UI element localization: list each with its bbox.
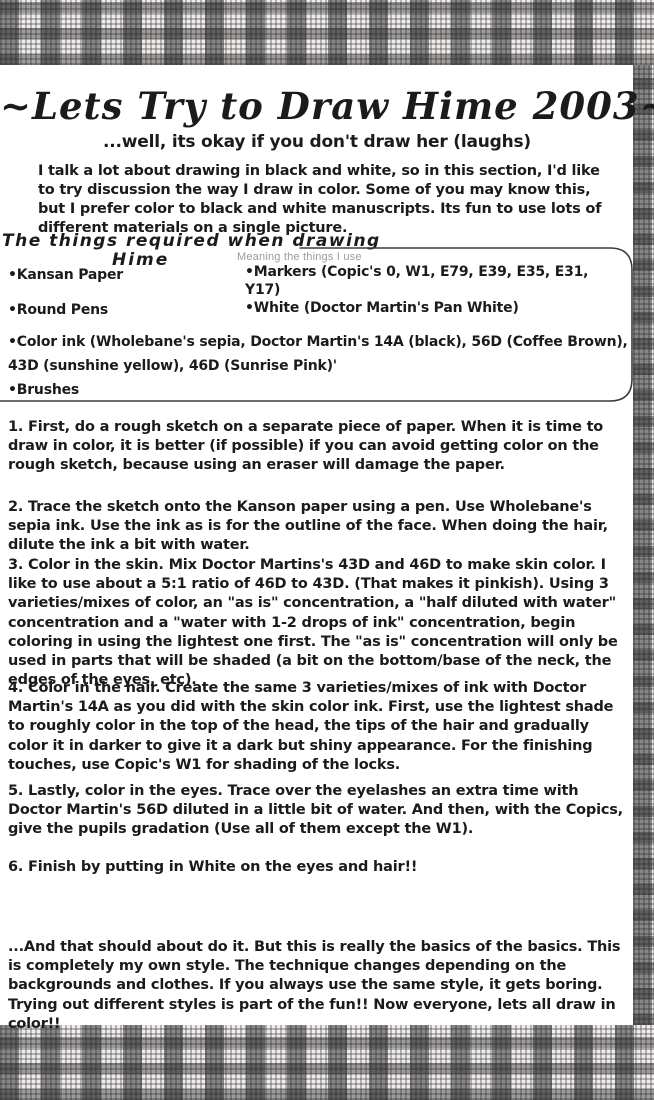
scanned-tutorial-page: ~Lets Try to Draw Hime 2003~ ...well, it… [0, 0, 654, 1100]
step-6-finish-white: 6. Finish by putting in White on the eye… [8, 858, 630, 877]
closing-paragraph: ...And that should about do it. But this… [8, 938, 630, 1034]
step-3-color-skin: 3. Color in the skin. Mix Doctor Martins… [8, 556, 630, 690]
plaid-border-top [0, 0, 654, 65]
supply-item-brushes: •Brushes [8, 381, 79, 399]
intro-paragraph: I talk a lot about drawing in black and … [38, 162, 616, 238]
plaid-border-right [633, 65, 654, 1025]
supply-item-round-pens: •Round Pens [8, 301, 108, 319]
supply-item-color-ink: •Color ink (Wholebane's sepia, Doctor Ma… [8, 330, 628, 378]
step-2-trace-sketch: 2. Trace the sketch onto the Kanson pape… [8, 498, 630, 556]
page-title: ~Lets Try to Draw Hime 2003~ [0, 84, 634, 128]
step-1-rough-sketch: 1. First, do a rough sketch on a separat… [8, 418, 630, 476]
page-subtitle: ...well, its okay if you don't draw her … [0, 132, 634, 152]
supply-item-markers: •Markers (Copic's 0, W1, E79, E39, E35, … [245, 263, 627, 299]
step-5-color-eyes: 5. Lastly, color in the eyes. Trace over… [8, 782, 630, 840]
supply-item-white: •White (Doctor Martin's Pan White) [245, 299, 627, 317]
step-4-color-hair: 4. Color in the hair. Create the same 3 … [8, 679, 630, 775]
supply-item-kansan-paper: •Kansan Paper [8, 266, 123, 284]
plaid-border-bottom [0, 1025, 654, 1100]
